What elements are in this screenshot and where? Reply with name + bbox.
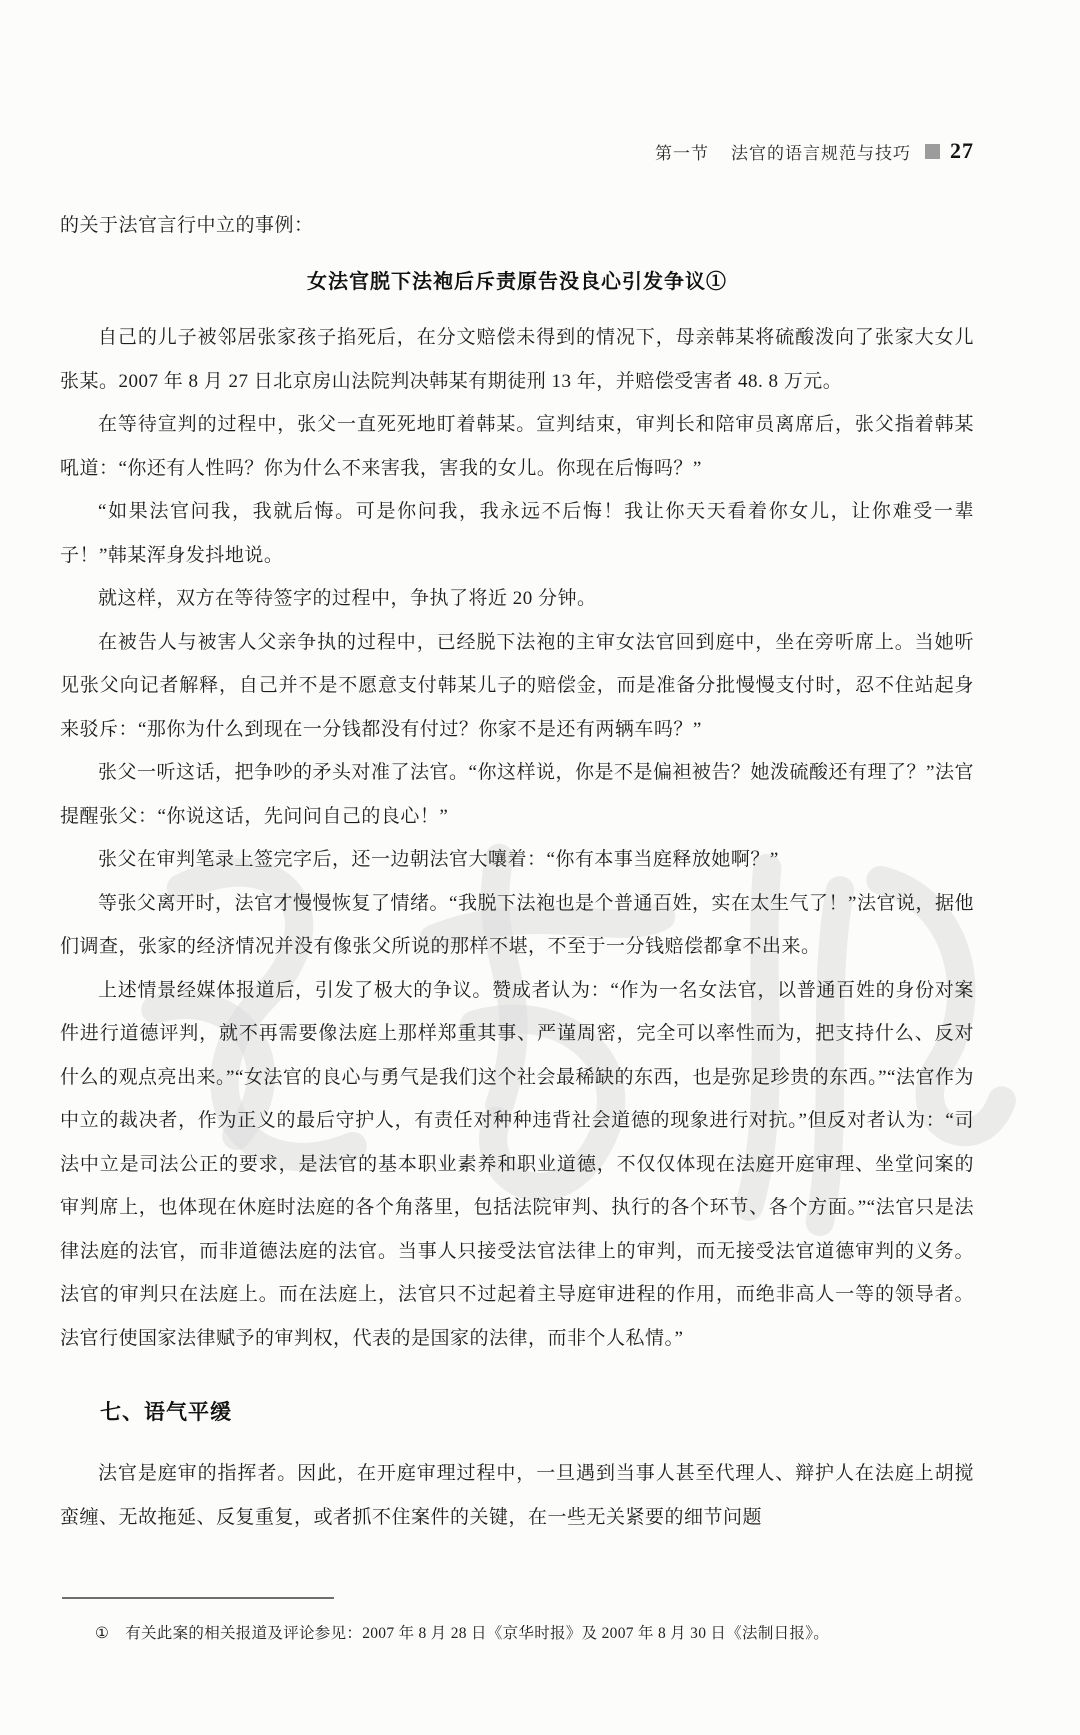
footnote: ①有关此案的相关报道及评论参见：2007 年 8 月 28 日《京华时报》及 2… — [60, 1621, 974, 1647]
case-paragraph: 等张父离开时，法官才慢慢恢复了情绪。“我脱下法袍也是个普通百姓，实在太生气了！”… — [60, 882, 974, 969]
case-paragraph: “如果法官问我，我就后悔。可是你问我，我永远不后悔！我让你天天看着你女儿，让你难… — [60, 490, 974, 577]
page-content: 第一节 法官的语言规范与技巧 27 的关于法官言行中立的事例： 女法官脱下法袍后… — [0, 0, 1080, 1647]
body-paragraph: 法官是庭审的指挥者。因此，在开庭审理过程中，一旦遇到当事人甚至代理人、辩护人在法… — [60, 1452, 974, 1539]
case-paragraph: 在被告人与被害人父亲争执的过程中，已经脱下法袍的主审女法官回到庭中，坐在旁听席上… — [60, 621, 974, 752]
book-page: 第一节 法官的语言规范与技巧 27 的关于法官言行中立的事例： 女法官脱下法袍后… — [0, 0, 1080, 1735]
case-paragraph: 就这样，双方在等待签字的过程中，争执了将近 20 分钟。 — [60, 577, 974, 621]
section-title: 法官的语言规范与技巧 — [731, 139, 911, 164]
footnote-text: 有关此案的相关报道及评论参见：2007 年 8 月 28 日《京华时报》及 20… — [125, 1625, 829, 1642]
case-paragraph: 张父一听这话，把争吵的矛头对准了法官。“你这样说，你是不是偏袒被告？她泼硫酸还有… — [60, 751, 974, 838]
section-label: 第一节 — [655, 139, 709, 164]
case-paragraph: 在等待宣判的过程中，张父一直死死地盯着韩某。宣判结束，审判长和陪审员离席后，张父… — [60, 403, 974, 490]
section-heading: 七、语气平缓 — [100, 1396, 974, 1426]
footnote-marker: ① — [95, 1625, 109, 1642]
header-square-icon — [925, 144, 940, 159]
page-number: 27 — [950, 138, 974, 164]
case-paragraph: 张父在审判笔录上签完字后，还一边朝法官大嚷着：“你有本事当庭释放她啊？” — [60, 838, 974, 882]
running-header: 第一节 法官的语言规范与技巧 27 — [60, 138, 974, 164]
case-title: 女法官脱下法袍后斥责原告没良心引发争议① — [60, 265, 974, 294]
footnote-divider — [62, 1597, 334, 1599]
case-paragraph: 自己的儿子被邻居张家孩子掐死后，在分文赔偿未得到的情况下，母亲韩某将硫酸泼向了张… — [60, 316, 974, 403]
intro-line: 的关于法官言行中立的事例： — [60, 204, 974, 247]
case-paragraph: 上述情景经媒体报道后，引发了极大的争议。赞成者认为：“作为一名女法官，以普通百姓… — [60, 969, 974, 1361]
